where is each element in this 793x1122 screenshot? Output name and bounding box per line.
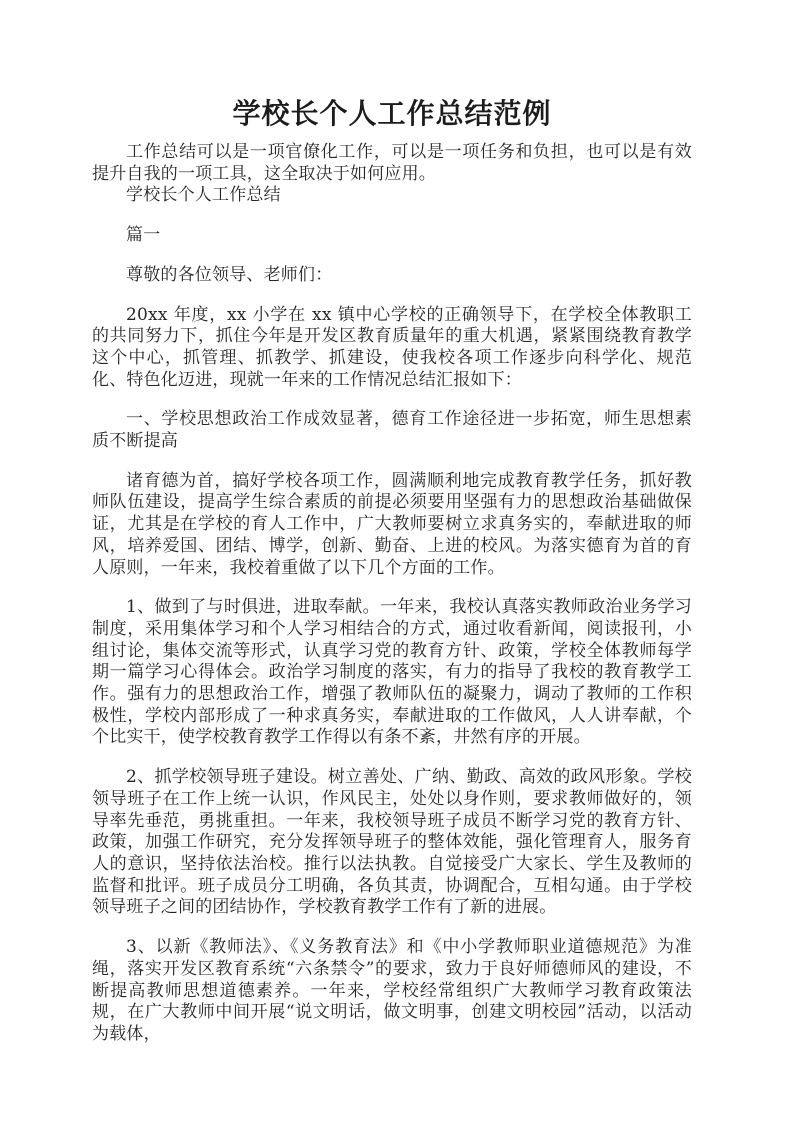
- paragraph-opening: 20xx 年度，xx 小学在 xx 镇中心学校的正确领导下，在学校全体教职工的共…: [92, 305, 692, 392]
- document-body: 工作总结可以是一项官僚化工作，可以是一项任务和负担，也可以是有效提升自我的一项工…: [92, 142, 692, 1046]
- paragraph-intro: 工作总结可以是一项官僚化工作，可以是一项任务和负担，也可以是有效提升自我的一项工…: [92, 142, 692, 185]
- document-title: 学校长个人工作总结范例: [92, 96, 692, 132]
- document-page: 学校长个人工作总结范例 工作总结可以是一项官僚化工作，可以是一项任务和负担，也可…: [0, 0, 793, 1122]
- paragraph-item-1: 1、做到了与时俱进，进取奉献。一年来，我校认真落实教师政治业务学习制度，采用集体…: [92, 597, 692, 749]
- paragraph-salutation: 尊敬的各位领导、老师们：: [92, 265, 692, 287]
- paragraph-item-3: 3、以新《教师法》、《义务教育法》和《中小学教师职业道德规范》为准绳，落实开发区…: [92, 937, 692, 1046]
- paragraph-part-label: 篇一: [92, 225, 692, 247]
- paragraph-subtitle: 学校长个人工作总结: [92, 185, 692, 207]
- paragraph-item-2: 2、抓学校领导班子建设。树立善处、广纳、勤政、高效的政风形象。学校领导班子在工作…: [92, 767, 692, 919]
- paragraph-section-heading: 一、学校思想政治工作成效显著，德育工作途径进一步拓宽，师生思想素质不断提高: [92, 409, 692, 452]
- paragraph-section-intro: 诸育德为首，搞好学校各项工作，圆满顺利地完成教育教学任务，抓好教师队伍建设，提高…: [92, 471, 692, 580]
